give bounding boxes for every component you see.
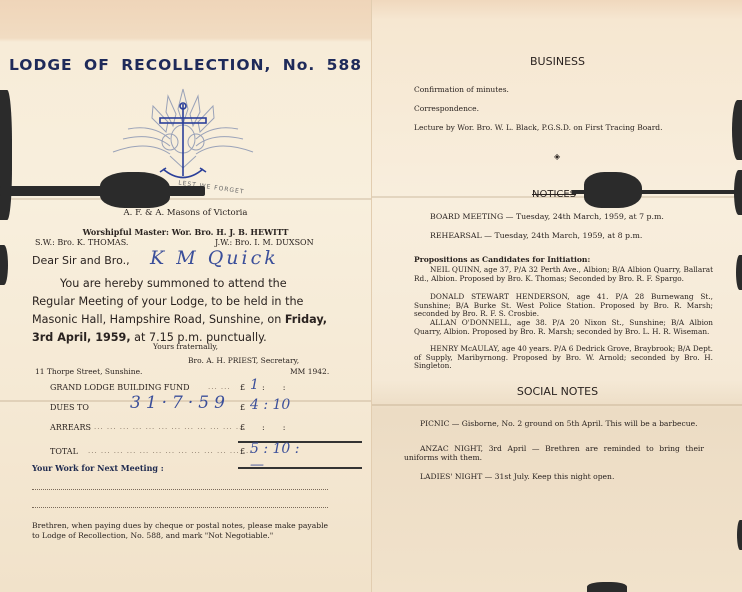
senior-warden: S.W.: Bro. K. THOMAS. (35, 238, 128, 247)
ink-stain (100, 172, 170, 208)
social-item-ladies-night: LADIES' NIGHT — 31st July. Keep this nig… (404, 472, 704, 481)
fold-line (372, 404, 742, 406)
closing: Yours fraternally, (0, 342, 371, 351)
work-line (32, 489, 328, 490)
business-heading: BUSINESS (372, 55, 742, 68)
candidate-entry: NEIL QUINN, age 37, P/A 32 Perth Ave., A… (414, 266, 713, 283)
ink-stain (0, 245, 8, 285)
notice-board-meeting: BOARD MEETING — Tuesday, 24th March, 195… (430, 212, 664, 221)
grand-lodge-name: A. F. & A. Masons of Victoria (0, 208, 371, 218)
social-item-picnic: PICNIC — Gisborne, No. 2 ground on 5th A… (404, 419, 704, 428)
address: 11 Thorpe Street, Sunshine. (35, 367, 142, 376)
business-item: Lecture by Wor. Bro. W. L. Black, P.G.S.… (414, 123, 663, 132)
summons-card-left: LODGE OF RECOLLECTION, No. 588 LEST WE F… (0, 0, 371, 592)
propositions-label: Propositions as Candidates for Initiatio… (414, 255, 590, 264)
ink-stain (587, 582, 627, 592)
handwritten-date: 31·7·59 (130, 393, 230, 413)
fold-line (0, 198, 371, 200)
secretary: Bro. A. H. PRIEST, Secretary, (188, 356, 299, 365)
summons-card-right: BUSINESS Confirmation of minutes. Corres… (371, 0, 742, 592)
notice-rehearsal: REHEARSAL — Tuesday, 24th March, 1959, a… (430, 231, 642, 240)
work-line (32, 507, 328, 508)
ink-stain (737, 520, 742, 550)
dues-row-arrears: ARREARS ... ... ... ... ... ... ... ... … (50, 421, 314, 441)
candidate-entry: ALLAN O'DONNELL, age 38. P/A 20 Nixon St… (414, 319, 713, 336)
dues-row-total: TOTAL ... ... ... ... ... ... ... ... ..… (50, 445, 314, 465)
worshipful-master: Worshipful Master: Wor. Bro. H. J. B. HE… (0, 227, 371, 237)
handwritten-recipient-name: K M Quick (150, 247, 279, 269)
lodge-title: LODGE OF RECOLLECTION, No. 588 (0, 56, 371, 74)
total-rule (238, 467, 362, 469)
junior-warden: J.W.: Bro. I. M. DUXSON (215, 238, 314, 247)
payment-note: Brethren, when paying dues by cheque or … (32, 521, 328, 541)
notices-heading: NOTICES (532, 189, 576, 200)
summons-text: You are hereby summoned to attend the Re… (32, 275, 332, 347)
ornament-icon: ◈ (554, 152, 560, 161)
secretary-mm: MM 1942. (290, 367, 329, 376)
work-label: Your Work for Next Meeting : (32, 463, 164, 473)
ink-stain (0, 90, 12, 220)
ink-stain (736, 255, 742, 290)
handwritten-amount: 4 : 10 (250, 397, 290, 413)
ink-stain (734, 170, 742, 215)
social-item-anzac: ANZAC NIGHT, 3rd April — Brethren are re… (404, 444, 704, 462)
ink-stain (732, 100, 742, 160)
handwritten-amount: 1 (250, 377, 259, 393)
candidate-entry: HENRY McAULAY, age 40 years. P/A 6 Dedri… (414, 345, 713, 371)
ink-stain (584, 172, 642, 208)
salutation: Dear Sir and Bro., (32, 254, 130, 267)
social-notes-heading: SOCIAL NOTES (372, 385, 742, 398)
business-item: Correspondence. (414, 104, 479, 113)
candidate-entry: DONALD STEWART HENDERSON, age 41. P/A 28… (414, 293, 713, 319)
business-item: Confirmation of minutes. (414, 85, 509, 94)
dues-table: GRAND LODGE BUILDING FUND ... ... £ 1 ::… (50, 381, 314, 465)
dues-row-dues-to: DUES TO 31·7·59 £ 4 : 10 (50, 401, 314, 421)
